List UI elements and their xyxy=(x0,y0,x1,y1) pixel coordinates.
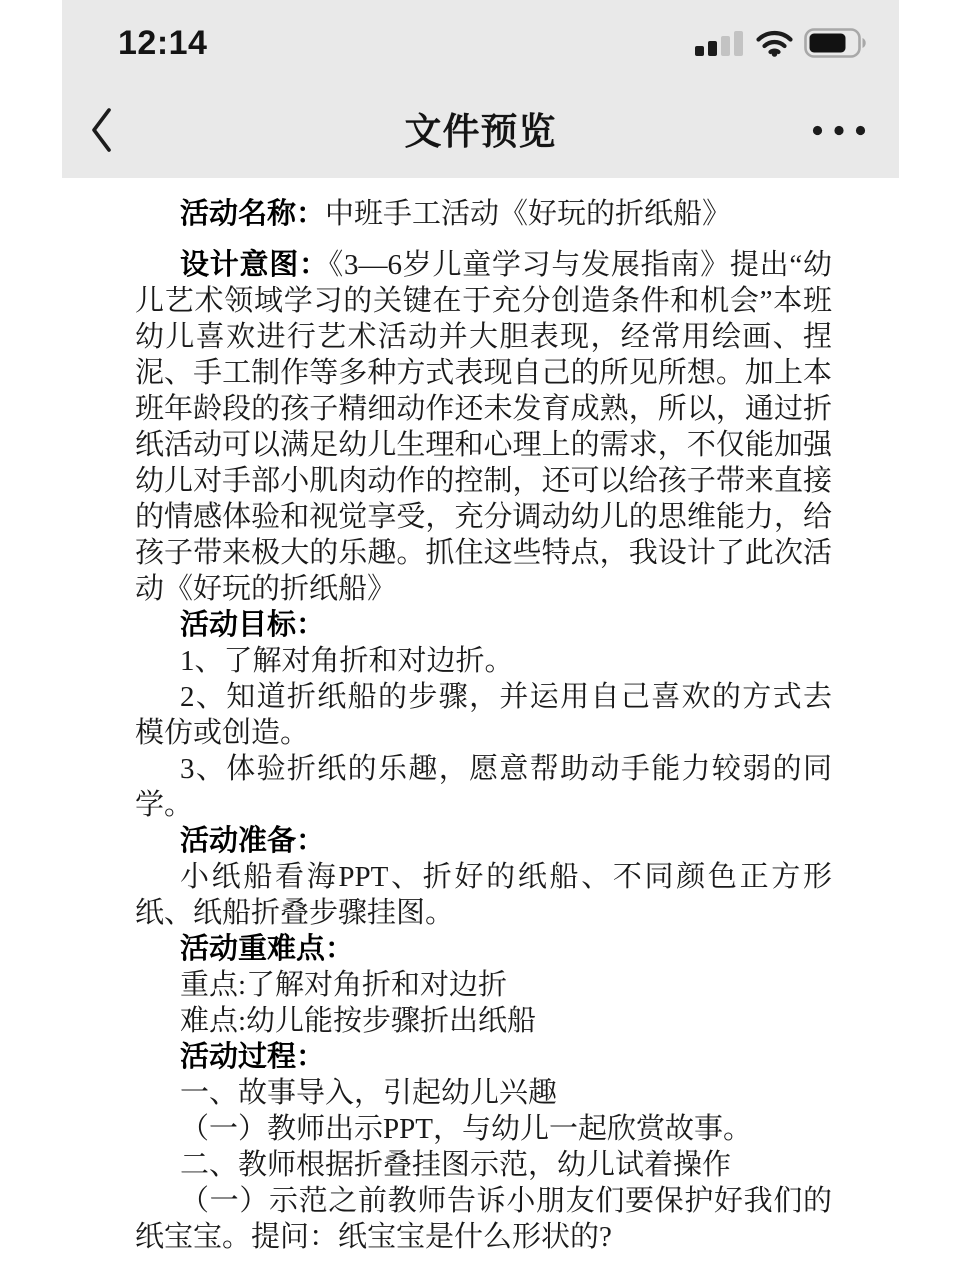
doc-paragraph-key-point: 重点:了解对角折和对边折 xyxy=(135,967,832,1003)
paragraph-text: 2、知道折纸船的步骤，并运用自己喜欢的方式去模仿或创造。 xyxy=(135,681,832,749)
chevron-left-icon xyxy=(88,106,114,159)
back-button[interactable] xyxy=(88,106,128,158)
more-button[interactable] xyxy=(809,116,869,148)
page-title: 文件预览 xyxy=(182,108,779,156)
doc-paragraph-step-1: 一、故事导入，引起幼儿兴趣 xyxy=(135,1075,832,1111)
doc-paragraph-goal-1: 1、了解对角折和对边折。 xyxy=(135,643,832,679)
paragraph-text: 重点:了解对角折和对边折 xyxy=(180,969,507,1001)
paragraph-text: 中班手工活动《好玩的折纸船》 xyxy=(325,198,731,230)
ellipsis-icon xyxy=(812,123,866,141)
doc-paragraph-difficulty: 难点:幼儿能按步骤折出纸船 xyxy=(135,1003,832,1039)
doc-heading-goals: 活动目标： xyxy=(135,607,832,643)
paragraph-label: 活动重难点： xyxy=(180,933,354,965)
doc-paragraph-step-2: 二、教师根据折叠挂图示范，幼儿试着操作 xyxy=(135,1147,832,1183)
doc-heading-preparation: 活动准备： xyxy=(135,823,832,859)
doc-heading-key-points: 活动重难点： xyxy=(135,931,832,967)
doc-paragraph-goal-2: 2、知道折纸船的步骤，并运用自己喜欢的方式去模仿或创造。 xyxy=(135,679,832,751)
paragraph-label: 活动名称： xyxy=(180,198,325,230)
status-icons xyxy=(695,28,867,58)
paragraph-text: 3、体验折纸的乐趣，愿意帮助动手能力较弱的同学。 xyxy=(135,753,832,821)
battery-icon xyxy=(804,28,867,58)
status-bar: 12:14 xyxy=(62,18,899,68)
paragraph-text: 二、教师根据折叠挂图示范，幼儿试着操作 xyxy=(180,1149,731,1181)
phone-header: 12:14 xyxy=(62,0,899,178)
paragraph-label: 活动准备： xyxy=(180,825,325,857)
nav-bar: 文件预览 xyxy=(62,98,899,166)
paragraph-text: （一）示范之前教师告诉小朋友们要保护好我们的纸宝宝。提问：纸宝宝是什么形状的? xyxy=(135,1185,832,1253)
clock-label: 12:14 xyxy=(118,26,207,60)
paragraph-text: 1、了解对角折和对边折。 xyxy=(180,645,514,677)
paragraph-label: 活动过程： xyxy=(180,1041,325,1073)
paragraph-text: （一）教师出示PPT，与幼儿一起欣赏故事。 xyxy=(180,1113,752,1145)
doc-paragraph-goal-3: 3、体验折纸的乐趣，愿意帮助动手能力较弱的同学。 xyxy=(135,751,832,823)
paragraph-text: 一、故事导入，引起幼儿兴趣 xyxy=(180,1077,557,1109)
doc-paragraph-step-2-1: （一）示范之前教师告诉小朋友们要保护好我们的纸宝宝。提问：纸宝宝是什么形状的? xyxy=(135,1183,832,1255)
document-viewer[interactable]: 活动名称：中班手工活动《好玩的折纸船》 设计意图：《3—6岁儿童学习与发展指南》… xyxy=(135,196,832,1255)
cellular-signal-icon xyxy=(695,30,745,56)
paragraph-text: 小纸船看海PPT、折好的纸船、不同颜色正方形纸、纸船折叠步骤挂图。 xyxy=(135,861,832,929)
doc-paragraph-step-1-1: （一）教师出示PPT，与幼儿一起欣赏故事。 xyxy=(135,1111,832,1147)
paragraph-label: 活动目标： xyxy=(180,609,325,641)
paragraph-label: 设计意图： xyxy=(180,249,329,281)
doc-paragraph-preparation: 小纸船看海PPT、折好的纸船、不同颜色正方形纸、纸船折叠步骤挂图。 xyxy=(135,859,832,931)
wifi-icon xyxy=(756,30,793,57)
doc-paragraph-activity-name: 活动名称：中班手工活动《好玩的折纸船》 xyxy=(135,196,832,232)
doc-heading-process: 活动过程： xyxy=(135,1039,832,1075)
paragraph-text: 《3—6岁儿童学习与发展指南》提出“幼儿艺术领域学习的关键在于充分创造条件和机会… xyxy=(135,249,832,605)
doc-paragraph-design-intent: 设计意图：《3—6岁儿童学习与发展指南》提出“幼儿艺术领域学习的关键在于充分创造… xyxy=(135,247,832,607)
paragraph-text: 难点:幼儿能按步骤折出纸船 xyxy=(180,1005,536,1037)
